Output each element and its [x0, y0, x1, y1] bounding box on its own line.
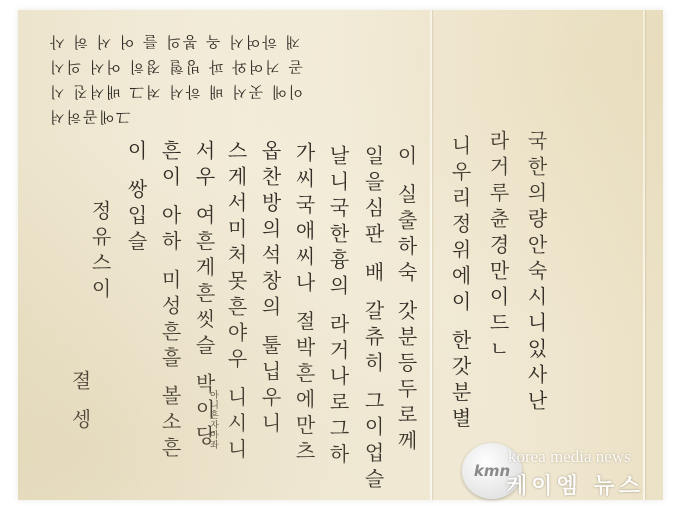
- text-column: 국한의량안숙시니있사난: [526, 130, 546, 416]
- watermark-english: korea media news: [508, 447, 631, 467]
- text-column: 이 실출하숙 갓분등두로께: [396, 145, 416, 456]
- margin-note-line: 이에 곳서 배 하셔 져그 배셔진 시: [48, 82, 358, 103]
- text-column: 날니국한흉의 라거나로그하: [328, 145, 348, 469]
- text-column: 흔이 아하 미성흔흘 볼소흔: [160, 140, 180, 463]
- text-column: 일을심판 배 갈츄히 그이업슬: [363, 145, 383, 494]
- margin-note-line: 재 하여서 옥 봉의 를 어 서 허 사: [48, 32, 358, 53]
- margin-note: 그에곰허셔 이에 곳서 배 하셔 져그 배셔진 시 곧 거여와 파 빙혈 졍히 …: [48, 28, 358, 128]
- margin-note-line: 곧 거여와 파 빙혈 졍히 어서 의시: [48, 57, 358, 78]
- text-column: 가씨국애씨나 절박흔에만츠: [294, 142, 314, 466]
- watermark: kmn korea media news 케이엠 뉴스: [462, 443, 662, 503]
- letter-paper: 그에곰허셔 이에 곳서 배 하셔 져그 배셔진 시 곧 거여와 파 빙혈 졍히 …: [18, 10, 663, 500]
- text-column: 옵찬방의석창의 툴닙우니: [260, 140, 280, 438]
- text-column: 서우 여흔게흔씻슬 박이당: [194, 140, 214, 451]
- logo-text: kmn: [474, 462, 510, 480]
- signature: 졀 셍: [70, 370, 90, 434]
- text-column: 니우리정위에이 한갓분별: [450, 135, 470, 433]
- fold-line-edge: [643, 10, 645, 500]
- interlinear-note: 아니흔자아좌: [208, 390, 217, 450]
- margin-note-line: 그에곰허셔: [48, 107, 358, 128]
- text-column: 이 쌍입슬: [126, 140, 146, 256]
- text-column: 라거루츈경만이드ㄴ: [488, 130, 508, 364]
- text-column: 정유스이: [90, 200, 110, 304]
- watermark-korean: 케이엠 뉴스: [506, 469, 644, 500]
- text-column: 스게서미처못흔야우 니시니: [226, 140, 246, 464]
- fold-line: [430, 10, 432, 500]
